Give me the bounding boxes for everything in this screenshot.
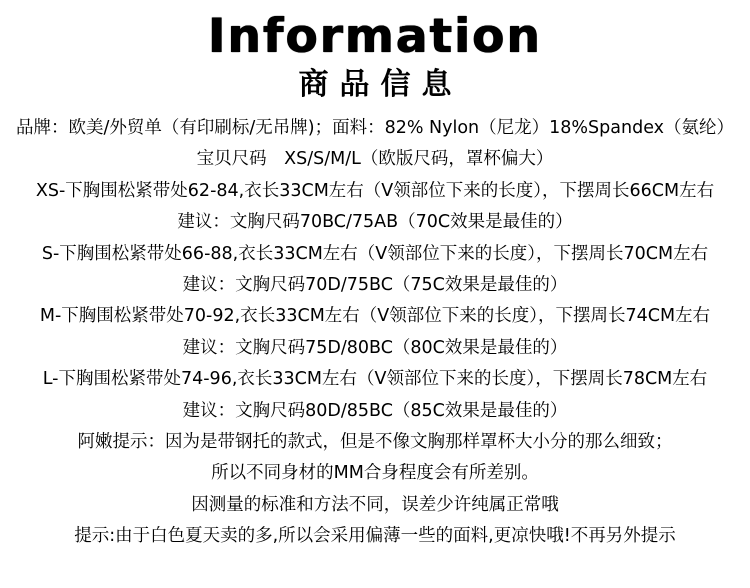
info-line-brand-fabric: 品牌：欧美/外贸单（有印刷标/无吊牌)；面料：82% Nylon（尼龙）18%S…: [0, 113, 750, 144]
product-information-panel: Information 商品信息 品牌：欧美/外贸单（有印刷标/无吊牌)；面料：…: [0, 0, 750, 588]
info-lines-container: 品牌：欧美/外贸单（有印刷标/无吊牌)；面料：82% Nylon（尼龙）18%S…: [0, 113, 750, 552]
info-line-m-suggestion: 建议：文胸尺码75D/80BC（80C效果是最佳的）: [0, 333, 750, 364]
info-line-tip-tolerance: 因测量的标准和方法不同，误差少许纯属正常哦: [0, 490, 750, 521]
info-line-l-measurements: L-下胸围松紧带处74-96,衣长33CM左右（V领部位下来的长度），下摆周长7…: [0, 364, 750, 395]
page-title: Information: [0, 8, 750, 66]
page-subtitle: 商品信息: [0, 66, 750, 104]
info-line-m-measurements: M-下胸围松紧带处70-92,衣长33CM左右（V领部位下来的长度），下摆周长7…: [0, 301, 750, 332]
info-line-tip-fabric-thin: 提示:由于白色夏天卖的多,所以会采用偏薄一些的面料,更凉快哦!不再另外提示: [0, 521, 750, 552]
info-line-s-measurements: S-下胸围松紧带处66-88,衣长33CM左右（V领部位下来的长度），下摆周长7…: [0, 239, 750, 270]
info-line-size-range: 宝贝尺码 XS/S/M/L（欧版尺码，罩杯偏大）: [0, 144, 750, 175]
info-line-xs-measurements: XS-下胸围松紧带处62-84,衣长33CM左右（V领部位下来的长度），下摆周长…: [0, 176, 750, 207]
info-line-tip-fit: 所以不同身材的MM合身程度会有所差别。: [0, 458, 750, 489]
info-line-s-suggestion: 建议：文胸尺码70D/75BC（75C效果是最佳的）: [0, 270, 750, 301]
info-line-l-suggestion: 建议：文胸尺码80D/85BC（85C效果是最佳的）: [0, 396, 750, 427]
info-line-tip-underwire: 阿嫩提示：因为是带钢托的款式，但是不像文胸那样罩杯大小分的那么细致；: [0, 427, 750, 458]
info-line-xs-suggestion: 建议：文胸尺码70BC/75AB（70C效果是最佳的）: [0, 207, 750, 238]
